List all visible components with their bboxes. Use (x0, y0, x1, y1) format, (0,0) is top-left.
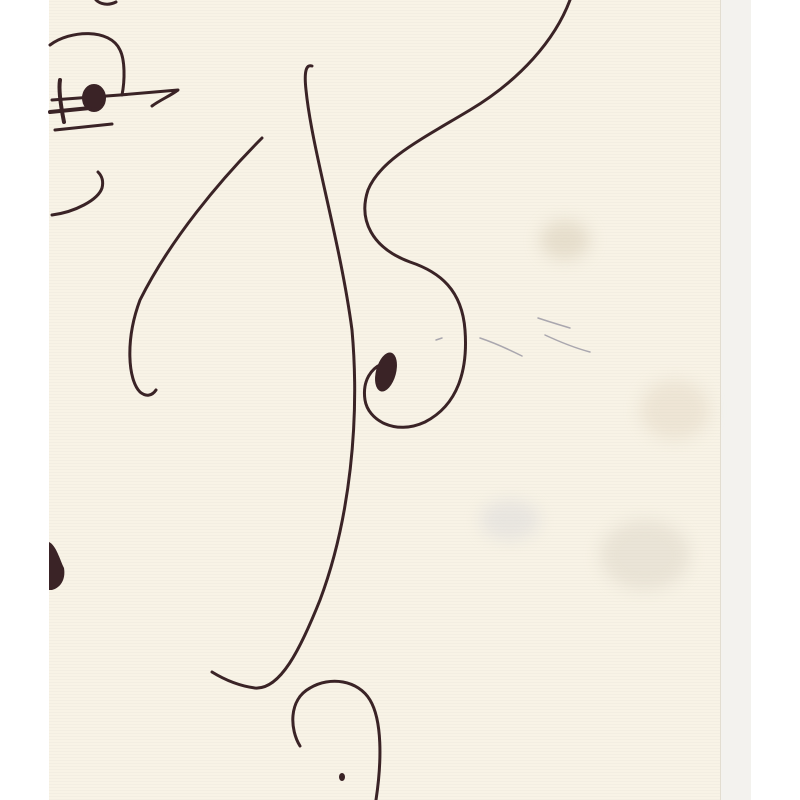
left-teardrop-curve (130, 138, 262, 395)
long-vertical-line (212, 66, 355, 688)
hat-and-face-sketch (50, 0, 178, 215)
ink-drawing (0, 0, 800, 800)
filled-ink-dot (371, 350, 401, 394)
ink-blot (49, 542, 64, 590)
faint-pencil-marks (436, 318, 590, 356)
bottom-hook-curve (293, 681, 380, 800)
small-ink-dot (339, 773, 345, 781)
